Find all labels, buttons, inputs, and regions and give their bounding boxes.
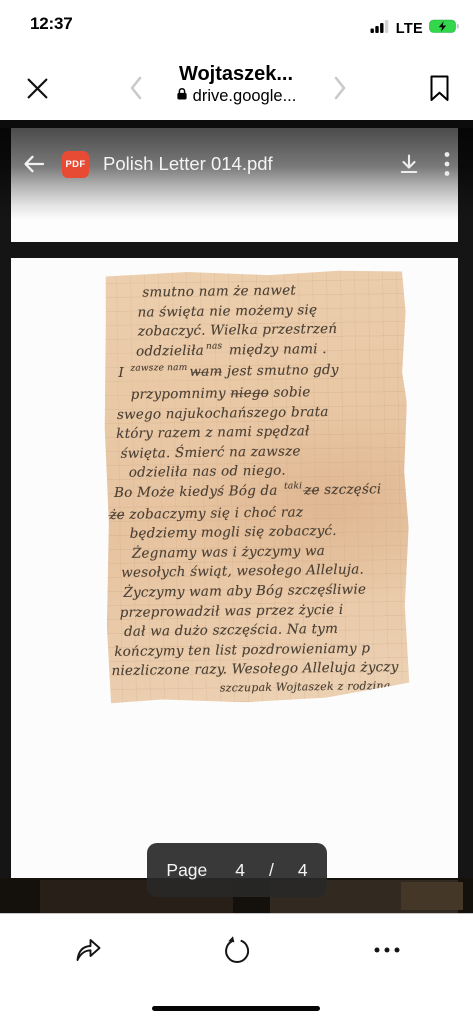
download-button[interactable] [389, 144, 429, 184]
clock: 12:37 [30, 14, 72, 34]
close-icon [25, 76, 50, 101]
bookmark-button[interactable] [423, 72, 455, 104]
viewer-back-button[interactable] [16, 146, 52, 182]
pdf-page-4[interactable]: smutno nam że nawetna święta nie możemy … [11, 258, 458, 878]
url-text: drive.google... [193, 87, 297, 106]
page-current: 4 [235, 860, 245, 881]
page-title: Wojtaszek... [116, 62, 356, 86]
pdf-file-icon: PDF [62, 151, 89, 178]
chevron-right-icon [333, 75, 347, 101]
share-button[interactable] [64, 926, 112, 974]
bookmark-icon [428, 74, 451, 103]
download-icon [397, 152, 421, 176]
letter-lines: smutno nam że nawetna święta nie możemy … [102, 269, 411, 698]
pdf-filename: Polish Letter 014.pdf [103, 153, 389, 175]
signal-strength-icon [370, 19, 390, 39]
pdf-toolbar: PDF Polish Letter 014.pdf [0, 142, 473, 186]
home-indicator[interactable] [152, 1006, 320, 1011]
close-button[interactable] [22, 73, 52, 103]
arrow-left-icon [21, 151, 47, 177]
page-separator: / [269, 860, 274, 881]
page-indicator: Page 4 / 4 [147, 843, 327, 897]
page-indicator-label: Page [166, 860, 207, 881]
viewer-top-edge [0, 120, 473, 128]
reload-button[interactable] [213, 926, 261, 974]
ellipsis-icon [373, 946, 401, 954]
overflow-menu-button[interactable] [429, 144, 465, 184]
lock-icon [176, 87, 188, 106]
phone-screen: 12:37 LTE [0, 0, 473, 1024]
page-total: 4 [298, 860, 308, 881]
pdf-viewer[interactable]: smutno nam że nawetna święta nie możemy … [0, 120, 473, 913]
kebab-menu-icon [444, 151, 450, 177]
site-title-block[interactable]: Wojtaszek... drive.google... [116, 62, 356, 106]
bottom-toolbar [0, 914, 473, 1024]
scanned-letter: smutno nam że nawetna święta nie możemy … [102, 269, 411, 704]
nav-forward-button[interactable] [330, 74, 350, 102]
browser-nav-bar: Wojtaszek... drive.google... [0, 54, 473, 120]
status-bar: 12:37 LTE [0, 0, 473, 54]
more-button[interactable] [363, 926, 411, 974]
network-type-label: LTE [396, 21, 423, 37]
battery-charging-icon [429, 19, 460, 39]
reload-icon [222, 935, 252, 965]
share-forward-icon [72, 935, 104, 965]
